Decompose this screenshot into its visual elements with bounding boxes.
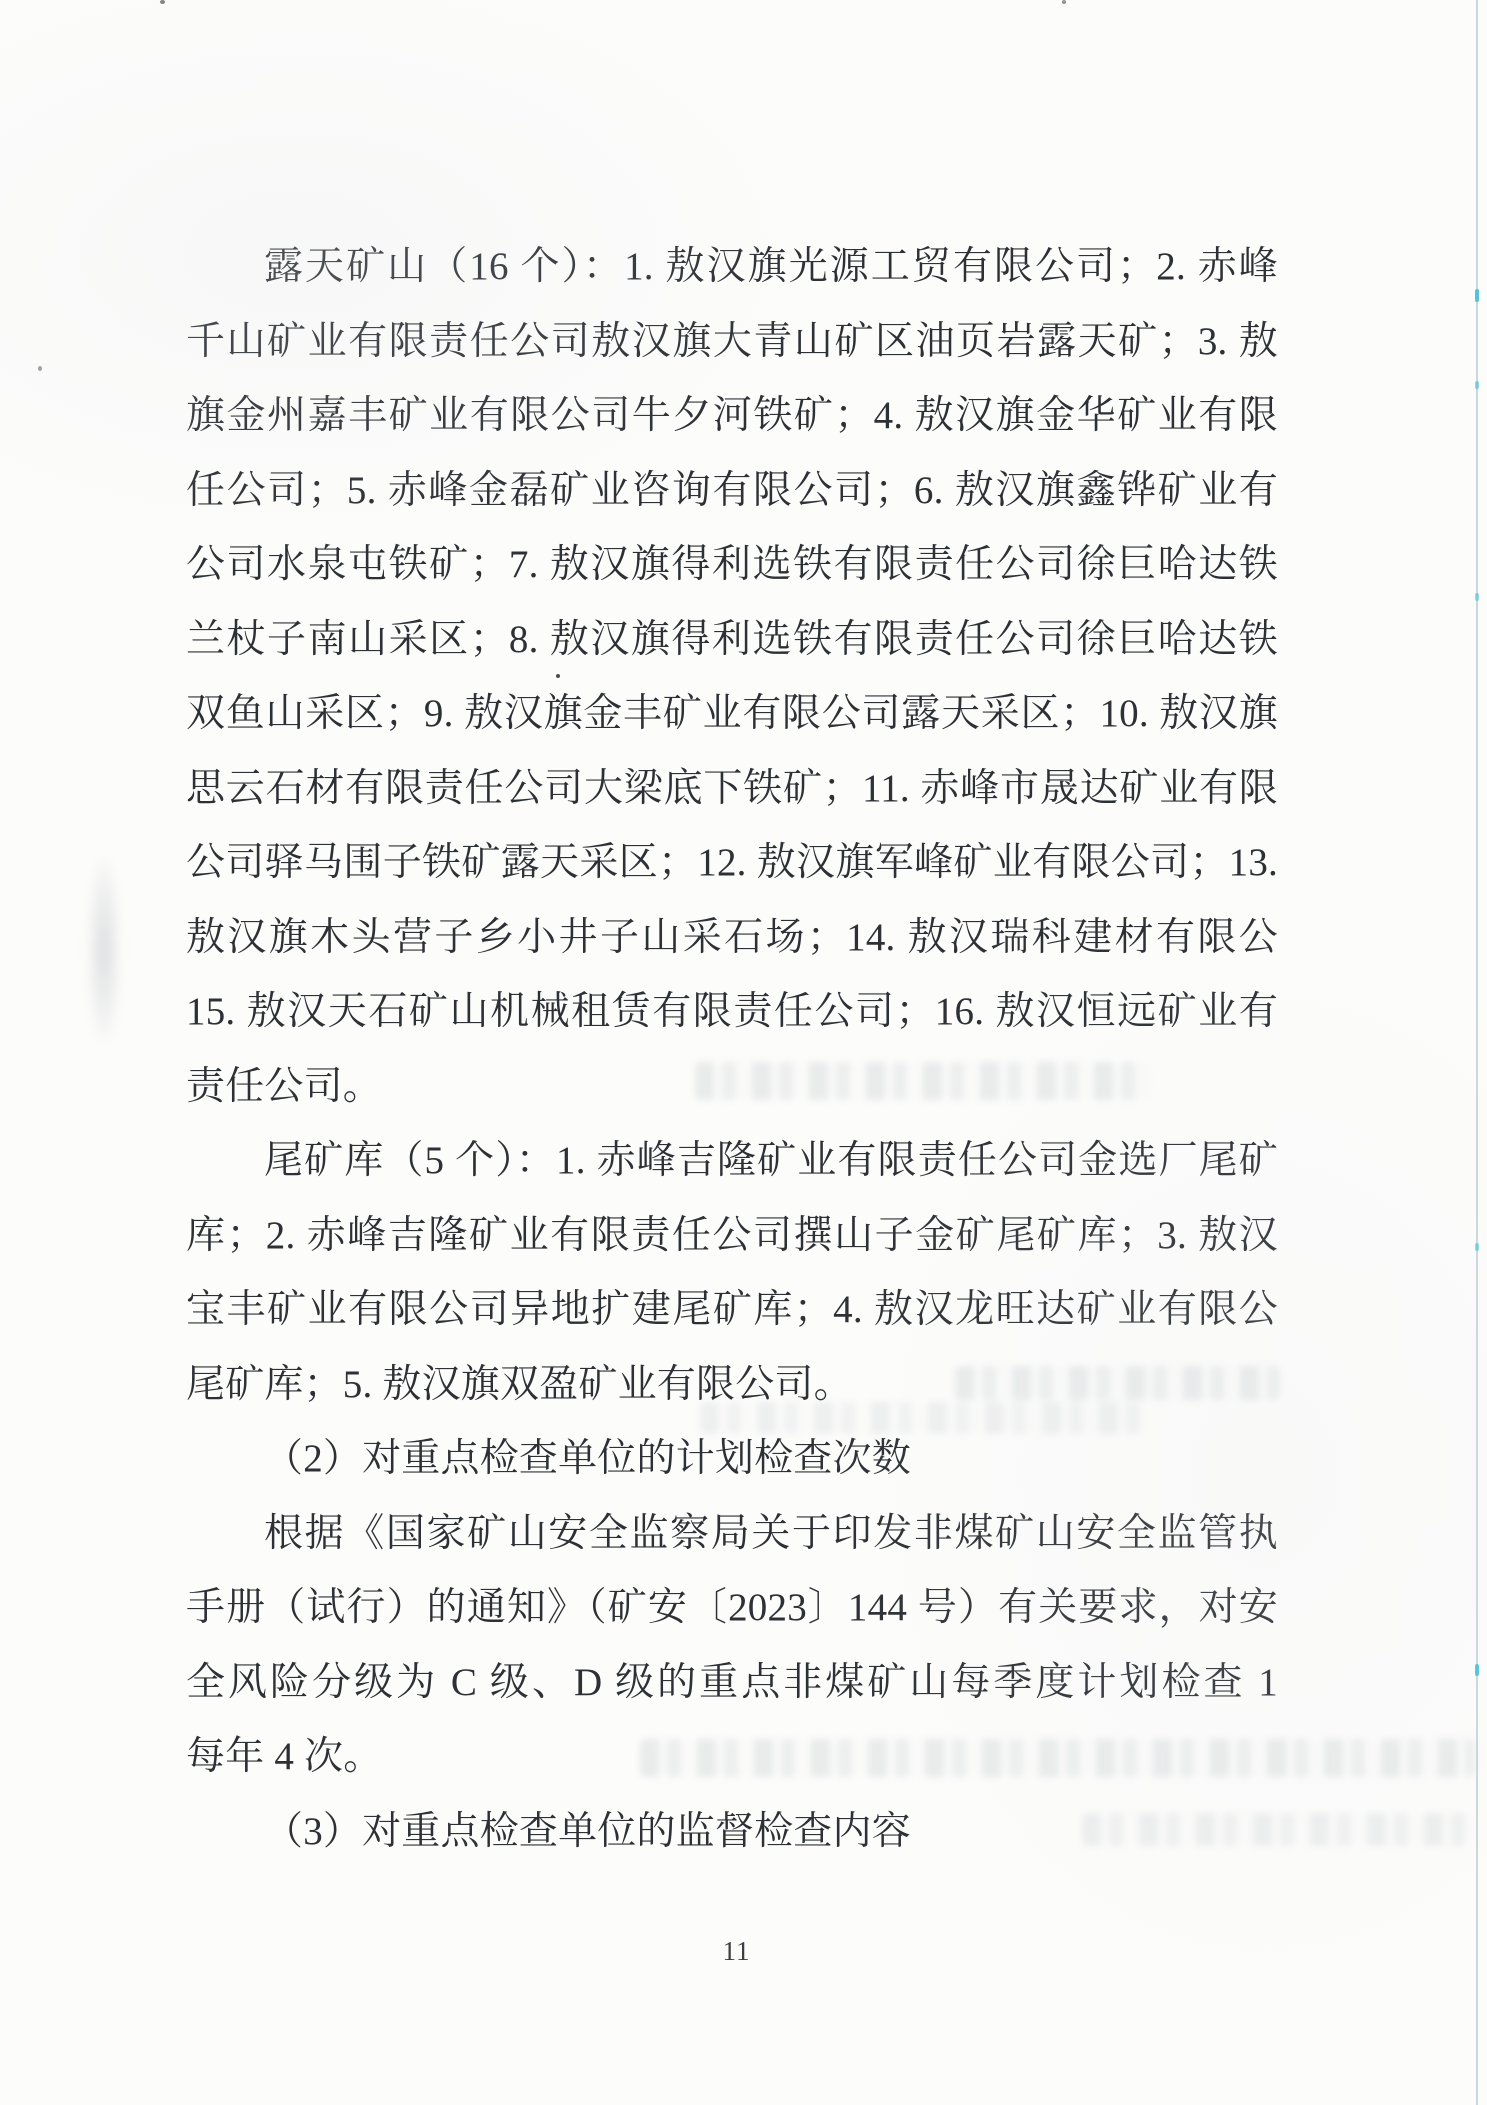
scanner-dash-artifact (1475, 1243, 1479, 1251)
text-line: 根据《国家矿山安全监察局关于印发非煤矿山安全监管执法 (186, 1497, 1278, 1572)
scan-speck-artifact (38, 366, 42, 371)
text-line: 兰杖子南山采区；8. 敖汉旗得利选铁有限责任公司徐巨哈达铁矿 (186, 603, 1278, 678)
text-line: 双鱼山采区；9. 敖汉旗金丰矿业有限公司露天采区；10. 敖汉旗 (186, 677, 1278, 752)
ink-bleedthrough-artifact (640, 1739, 1475, 1777)
text-line: 库；2. 赤峰吉隆矿业有限责任公司撰山子金矿尾矿库；3. 敖汉旗 (186, 1199, 1278, 1274)
text-line: 15. 敖汉天石矿山机械租赁有限责任公司；16. 敖汉恒远矿业有限 (186, 975, 1278, 1050)
ink-bleedthrough-artifact (955, 1366, 1280, 1400)
text-line: 旗金州嘉丰矿业有限公司牛夕河铁矿；4. 敖汉旗金华矿业有限责 (186, 379, 1278, 454)
text-line: 公司水泉屯铁矿；7. 敖汉旗得利选铁有限责任公司徐巨哈达铁矿 (186, 528, 1278, 603)
text-line: 手册（试行）的通知》（矿安〔2023〕144 号）有关要求，对安 (186, 1571, 1278, 1646)
scanner-dash-artifact (1475, 381, 1479, 389)
text-line: 尾矿库（5 个）：1. 赤峰吉隆矿业有限责任公司金选厂尾矿 (186, 1124, 1278, 1199)
page-number: 11 (0, 1936, 1473, 1967)
scan-smudge-artifact (88, 858, 120, 1043)
scanner-edge-line (1476, 0, 1478, 2105)
ink-bleedthrough-artifact (1082, 1813, 1472, 1846)
text-line: 千山矿业有限责任公司敖汉旗大青山矿区油页岩露天矿；3. 敖汉 (186, 305, 1278, 380)
scanner-dash-artifact (1475, 1664, 1479, 1676)
scan-speck-artifact (160, 0, 165, 4)
scanner-dash-artifact (1475, 593, 1479, 601)
document-page: 露天矿山（16 个）：1. 敖汉旗光源工贸有限公司；2. 赤峰 千山矿业有限责任… (0, 0, 1487, 2105)
ink-bleedthrough-artifact (700, 1402, 1140, 1434)
text-line: 公司驿马围子铁矿露天采区；12. 敖汉旗军峰矿业有限公司；13. (186, 826, 1278, 901)
scan-speck-artifact (556, 674, 560, 678)
text-line: 宝丰矿业有限公司异地扩建尾矿库；4. 敖汉龙旺达矿业有限公司 (186, 1273, 1278, 1348)
document-body: 露天矿山（16 个）：1. 敖汉旗光源工贸有限公司；2. 赤峰 千山矿业有限责任… (186, 230, 1278, 1869)
scan-speck-artifact (1062, 0, 1066, 4)
ink-bleedthrough-artifact (695, 1062, 1150, 1100)
text-line: 思云石材有限责任公司大梁底下铁矿；11. 赤峰市晟达矿业有限 (186, 752, 1278, 827)
scanner-dash-artifact (1475, 289, 1479, 302)
text-line: 任公司；5. 赤峰金磊矿业咨询有限公司；6. 敖汉旗鑫铧矿业有限 (186, 454, 1278, 529)
text-line: 露天矿山（16 个）：1. 敖汉旗光源工贸有限公司；2. 赤峰 (186, 230, 1278, 305)
text-line: 全风险分级为 C 级、D 级的重点非煤矿山每季度计划检查 1 次， (186, 1646, 1278, 1721)
text-line: 敖汉旗木头营子乡小井子山采石场；14. 敖汉瑞科建材有限公司； (186, 901, 1278, 976)
